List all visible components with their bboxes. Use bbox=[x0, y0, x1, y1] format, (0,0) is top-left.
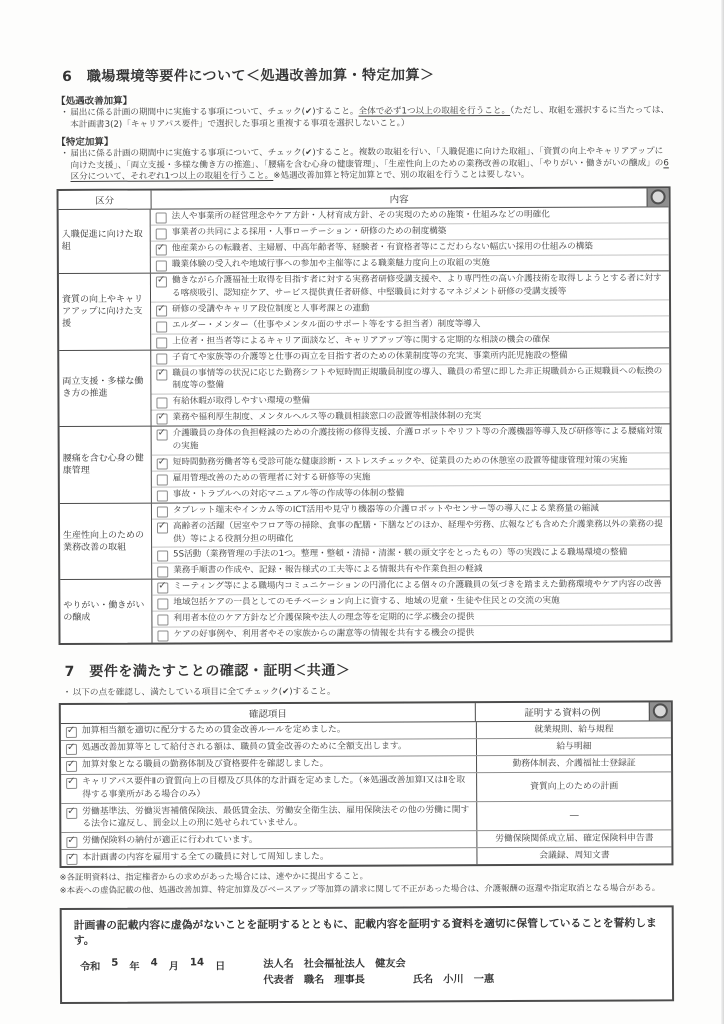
evidence-label: 会議録、周知文書 bbox=[476, 848, 671, 865]
workplace-item-checkbox[interactable] bbox=[157, 474, 168, 485]
category-label: 入職促進に向けた取組 bbox=[59, 210, 151, 273]
workplace-item-checkbox[interactable] bbox=[156, 276, 167, 287]
section6-heading: 職場環境等要件について＜処遇改善加算・特定加算＞ bbox=[87, 67, 435, 85]
workplace-item-checkbox[interactable] bbox=[157, 583, 168, 594]
category-items: 子育てや家族等の介護等と仕事の両立を目指す者のための休業制度等の充実、事業所内託… bbox=[151, 348, 669, 426]
category-label: やりがい・働きがいの醸成 bbox=[60, 580, 152, 643]
confirmation-table-row: 加算相当額を適切に配分するための賃金改善ルールを定めました。就業規則、給与規程 bbox=[61, 721, 671, 740]
bullet-text: 届出に係る計画の期間中に実施する事項について、チェック(✔)すること。全体で必ず… bbox=[70, 105, 670, 131]
workplace-item-checkbox[interactable] bbox=[156, 337, 167, 348]
bullet-pre: 届出に係る計画の期間中に実施する事項について、チェック(✔)すること。 bbox=[70, 107, 358, 118]
confirmation-item: 労働基準法、労働災害補償保険法、最低賃金法、労働安全衛生法、雇用保険法その他の労… bbox=[61, 802, 476, 832]
confirmation-checkbox[interactable] bbox=[66, 761, 77, 772]
rep-label: 代表者 bbox=[263, 973, 294, 989]
workplace-item-checkbox[interactable] bbox=[157, 522, 168, 533]
pledge-statement: 計画書の記載内容に虚偽がないことを証明するとともに、記載内容を証明する資料を適切… bbox=[74, 915, 660, 948]
workplace-item-label: 利用者本位のケア方針など介護保険や法人の理念等を定期的に学ぶ機会の提供 bbox=[173, 611, 666, 626]
bullet-dot: ・ bbox=[60, 108, 70, 131]
group-label-tokutei: 【特定加算】 bbox=[56, 132, 670, 149]
workplace-table-row: 生産性向上のための業務改善の取組タブレット端末やインカム等のICT活用や見守り機… bbox=[60, 500, 670, 579]
workplace-item-checkbox[interactable] bbox=[157, 615, 168, 626]
corp-label: 法人名 bbox=[263, 957, 294, 973]
pledge-box: 計画書の記載内容に虚偽がないことを証明するとともに、記載内容を証明する資料を適切… bbox=[60, 905, 674, 1004]
header-confirm-item: 確認項目 bbox=[61, 703, 475, 723]
group-label-shoguu: 【処遇改善加算】 bbox=[56, 90, 670, 107]
workplace-table-body: 入職促進に向けた取組法人や事業所の経営理念やケア方針・人材育成方針、その実現のた… bbox=[59, 207, 671, 643]
bullet-text: 届出に係る計画の期間中に実施する事項について、チェック(✔)すること。複数の取組… bbox=[70, 147, 670, 184]
workplace-item-label: 職業体験の受入れや地域行事への参加や主催等による職業魅力度向上の取組の実施 bbox=[172, 256, 665, 271]
confirmation-item: キャリアパス要件Ⅱの資質向上の目標及び具体的な計画を定めました。（※処遇改善加算… bbox=[61, 773, 476, 803]
workplace-table-row: 入職促進に向けた取組法人や事業所の経営理念やケア方針・人材育成方針、その実現のた… bbox=[59, 207, 669, 273]
workplace-item-checkbox[interactable] bbox=[157, 599, 168, 610]
evidence-label: 勤務体制表、介護福祉士登録証 bbox=[476, 755, 671, 772]
workplace-table-row: 両立支援・多様な働き方の推進子育てや家族等の介護等と仕事の両立を目指す者のための… bbox=[59, 347, 669, 426]
workplace-item-checkbox[interactable] bbox=[157, 506, 168, 517]
category-items: タブレット端末やインカム等のICT活用や見守り機器等の介護ロボットやセンサー等の… bbox=[152, 501, 670, 579]
workplace-item: 業務や福利厚生制度、メンタルヘルス等の職員相談窓口の設置等相談体制の充実 bbox=[152, 407, 670, 425]
category-label: 腰痛を含む心身の健康管理 bbox=[60, 427, 152, 503]
copy-mark-cell bbox=[649, 702, 671, 720]
workplace-item-label: 雇用管理改善のための管理者に対する研修等の実施 bbox=[173, 470, 666, 485]
workplace-item-label: 事業者の共同による採用・人事ローテーション・研修のための制度構築 bbox=[172, 224, 665, 239]
workplace-item-checkbox[interactable] bbox=[157, 631, 168, 642]
confirmation-checkbox[interactable] bbox=[66, 854, 77, 865]
workplace-item-checkbox[interactable] bbox=[157, 567, 168, 578]
confirmation-table-row: 労働保険料の納付が適正に行われています。労働保険関係成立届、確定保険料申告書 bbox=[61, 830, 671, 850]
era-label: 令和 bbox=[80, 958, 101, 990]
confirmation-table: 確認項目 証明する資料の例 加算相当額を適切に配分するための賃金改善ルールを定め… bbox=[59, 700, 674, 868]
workplace-item-label: 有給休暇が取得しやすい環境の整備 bbox=[172, 394, 665, 409]
category-label: 資質の向上やキャリアアップに向けた支援 bbox=[59, 274, 151, 350]
workplace-item-label: 高齢者の活躍（居室やフロア等の掃除、食事の配膳・下膳などのほか、経理や労務、広報… bbox=[173, 518, 666, 546]
day-suffix: 日 bbox=[215, 957, 225, 989]
confirmation-checkbox[interactable] bbox=[66, 778, 77, 789]
bullet-post: ※処遇改善加算と特定加算とで、別の取組を行うことは要しない。 bbox=[273, 170, 529, 181]
section6-title: 6 職場環境等要件について＜処遇改善加算・特定加算＞ bbox=[62, 63, 670, 86]
workplace-table-row: やりがい・働きがいの醸成ミーティング等による職場内コミュニケーションの円滑化によ… bbox=[60, 577, 670, 644]
workplace-item-checkbox[interactable] bbox=[157, 551, 168, 562]
header-content: 内容 bbox=[152, 188, 647, 208]
confirmation-item-label: 労働基準法、労働災害補償保険法、最低賃金法、労働安全衛生法、雇用保険法その他の労… bbox=[82, 804, 472, 831]
workplace-item-checkbox[interactable] bbox=[157, 414, 168, 425]
header-evidence-wrap: 証明する資料の例 bbox=[475, 702, 671, 721]
confirmation-item-label: 加算対象となる職員の勤務体制及び資格要件を確認しました。 bbox=[82, 758, 472, 772]
rep-name-label: 氏名 bbox=[413, 972, 433, 988]
workplace-item-label: ミーティング等による職場内コミュニケーションの円滑化による個々の介護職員の気づき… bbox=[173, 579, 666, 594]
workplace-item: 上位者・担当者等によるキャリア面談など、キャリアアップ等に関する定期的な相談の機… bbox=[151, 331, 669, 349]
workplace-item: ケアの好事例や、利用者やその家族からの謝意等の情報を共有する機会の提供 bbox=[152, 625, 670, 643]
workplace-item: 働きながら介護福祉士取得を目指す者に対する実務者研修受講支援や、より専門性の高い… bbox=[151, 271, 669, 301]
workplace-item-label: 子育てや家族等の介護等と仕事の両立を目指す者のための休業制度等の充実、事業所内託… bbox=[172, 349, 665, 364]
workplace-item: 職員の事情等の状況に応じた勤務シフトや短時間正規職員制度の導入、職員の希望に即し… bbox=[151, 363, 669, 394]
confirmation-table-row: 加算対象となる職員の勤務体制及び資格要件を確認しました。勤務体制表、介護福祉士登… bbox=[61, 754, 671, 774]
workplace-item: 高齢者の活躍（居室やフロア等の掃除、食事の配膳・下膳などのほか、経理や労務、広報… bbox=[152, 516, 670, 547]
spacer bbox=[375, 973, 403, 989]
category-label: 生産性向上のための業務改善の取組 bbox=[60, 503, 152, 579]
bullet-dot: ・ bbox=[63, 688, 73, 700]
year-suffix: 年 bbox=[129, 958, 139, 990]
month-value: 4 bbox=[151, 958, 158, 990]
day-value: 14 bbox=[190, 957, 204, 989]
confirmation-table-row: 処遇改善加算等として給付される額は、職員の賃金改善のために全額支出します。給与明… bbox=[61, 737, 671, 757]
workplace-table-row: 資質の向上やキャリアアップに向けた支援働きながら介護福祉士取得を目指す者に対する… bbox=[59, 270, 669, 349]
confirmation-checkbox[interactable] bbox=[66, 837, 77, 848]
bullet-underlined: 全体で必ず1つ以上の取組を行うこと。 bbox=[358, 106, 510, 117]
confirmation-item: 加算対象となる職員の勤務体制及び資格要件を確認しました。 bbox=[61, 756, 476, 774]
workplace-item-label: 業務や福利厚生制度、メンタルヘルス等の職員相談窓口の設置等相談体制の充実 bbox=[173, 410, 666, 425]
year-value: 5 bbox=[111, 958, 118, 990]
confirmation-item: 労働保険料の納付が適正に行われています。 bbox=[61, 831, 476, 849]
confirmation-checkbox[interactable] bbox=[66, 744, 77, 755]
workplace-item: 職業体験の受入れや地域行事への参加や主催等による職業魅力度向上の取組の実施 bbox=[151, 254, 669, 272]
confirmation-item-label: キャリアパス要件Ⅱの資質向上の目標及び具体的な計画を定めました。（※処遇改善加算… bbox=[82, 775, 472, 802]
workplace-item-label: 業務手順書の作成や、記録・報告様式の工夫等による情報共有や作業負担の軽減 bbox=[173, 563, 666, 578]
section6-number: 6 bbox=[62, 69, 72, 85]
section7-heading: 要件を満たすことの確認・証明＜共通＞ bbox=[89, 663, 350, 680]
section7-title: 7 要件を満たすことの確認・証明＜共通＞ bbox=[65, 659, 673, 682]
workplace-item-checkbox[interactable] bbox=[156, 228, 167, 239]
evidence-label: 給与明細 bbox=[476, 738, 671, 755]
workplace-item-label: 法人や事業所の経営理念やケア方針・人材育成方針、その実現のための施策・仕組みなど… bbox=[172, 208, 665, 223]
category-items: 介護職員の身体の負担軽減のための介護技術の修得支援、介護ロボットやリフト等の介護… bbox=[152, 424, 670, 502]
workplace-item-checkbox[interactable] bbox=[156, 212, 167, 223]
workplace-item-checkbox[interactable] bbox=[157, 490, 168, 501]
bullet-pre: 届出に係る計画の期間中に実施する事項について、チェック(✔)すること。複数の取組… bbox=[70, 147, 663, 171]
bullet-tokutei: ・ 届出に係る計画の期間中に実施する事項について、チェック(✔)すること。複数の… bbox=[60, 147, 670, 184]
workplace-item-checkbox[interactable] bbox=[156, 260, 167, 271]
evidence-label: 就業規則、給与規程 bbox=[476, 721, 671, 738]
workplace-item-checkbox[interactable] bbox=[156, 353, 167, 364]
workplace-table-row: 腰痛を含む心身の健康管理介護職員の身体の負担軽減のための介護技術の修得支援、介護… bbox=[60, 423, 670, 502]
representative-row: 代表者 職名 理事長 氏名 小川 一惠 bbox=[263, 972, 494, 989]
confirmation-item-label: 加算相当額を適切に配分するための賃金改善ルールを定めました。 bbox=[82, 724, 472, 738]
category-items: 法人や事業所の経営理念やケア方針・人材育成方針、その実現のための施策・仕組みなど… bbox=[151, 207, 669, 272]
pledge-date: 令和 5 年 4 月 14 日 bbox=[80, 957, 225, 990]
header-evidence: 証明する資料の例 bbox=[476, 702, 649, 721]
workplace-item: 事故・トラブルへの対応マニュアル等の作成等の体制の整備 bbox=[152, 484, 670, 502]
workplace-item-label: エルダー・メンター（仕事やメンタル面のサポート等をする担当者）制度等導入 bbox=[172, 317, 665, 332]
workplace-item-label: 介護職員の身体の負担軽減のための介護技術の修得支援、介護ロボットやリフト等の介護… bbox=[173, 425, 666, 453]
confirmation-checkbox[interactable] bbox=[66, 808, 77, 819]
confirmation-item-label: 本計画書の内容を雇用する全ての職員に対して周知しました。 bbox=[82, 850, 472, 864]
copy-mark-cell bbox=[647, 188, 669, 206]
confirmation-item-label: 処遇改善加算等として給付される額は、職員の賃金改善のために全額支出します。 bbox=[82, 741, 472, 755]
confirmation-table-row: 労働基準法、労働災害補償保険法、最低賃金法、労働安全衛生法、雇用保険法その他の労… bbox=[61, 800, 671, 832]
workplace-item-checkbox[interactable] bbox=[157, 430, 168, 441]
notes: ※各証明資料は、指定権者からの求めがあった場合には、速やかに提出すること。 ※本… bbox=[60, 870, 674, 896]
rep-name: 小川 一惠 bbox=[443, 972, 494, 988]
category-items: 働きながら介護福祉士取得を目指す者に対する実務者研修受講支援や、より専門性の高い… bbox=[151, 271, 669, 349]
evidence-label: 資質向上のための計画 bbox=[476, 772, 671, 801]
workplace-item-checkbox[interactable] bbox=[157, 458, 168, 469]
workplace-item-checkbox[interactable] bbox=[156, 398, 167, 409]
month-suffix: 月 bbox=[169, 958, 179, 990]
confirmation-item: 処遇改善加算等として給付される額は、職員の賃金改善のために全額支出します。 bbox=[61, 739, 476, 757]
section7-number: 7 bbox=[65, 664, 75, 680]
circle-mark-icon bbox=[653, 704, 668, 719]
confirmation-table-row: キャリアパス要件Ⅱの資質向上の目標及び具体的な計画を定めました。（※処遇改善加算… bbox=[61, 771, 671, 803]
workplace-item-label: 5S活動（業務管理の手法の1つ。整理・整頓・清掃・清潔・躾の頭文字をとったもの）… bbox=[173, 547, 666, 562]
corp-row: 法人名 社会福祉法人 健友会 bbox=[263, 956, 494, 973]
workplace-item-checkbox[interactable] bbox=[156, 244, 167, 255]
circle-mark-icon bbox=[651, 190, 666, 205]
workplace-item-label: 他産業からの転職者、主婦層、中高年齢者等、経験者・有資格者等にこだわらない幅広い… bbox=[172, 240, 665, 255]
bullet-shoguu: ・ 届出に係る計画の期間中に実施する事項について、チェック(✔)すること。全体で… bbox=[60, 105, 670, 131]
workplace-item: 業務手順書の作成や、記録・報告様式の工夫等による情報共有や作業負担の軽減 bbox=[152, 561, 670, 579]
workplace-item: 介護職員の身体の負担軽減のための介護技術の修得支援、介護ロボットやリフト等の介護… bbox=[152, 424, 670, 454]
corp-name: 社会福祉法人 健友会 bbox=[304, 957, 406, 973]
confirmation-item: 加算相当額を適切に配分するための賃金改善ルールを定めました。 bbox=[61, 722, 476, 740]
category-items: ミーティング等による職場内コミュニケーションの円滑化による個々の介護職員の気づき… bbox=[152, 578, 670, 643]
workplace-item-label: タブレット端末やインカム等のICT活用や見守り機器等の介護ロボットやセンサー等の… bbox=[173, 502, 666, 517]
workplace-item-label: 研修の受講やキャリア段位制度と人事考課との連動 bbox=[172, 301, 665, 316]
rep-title: 理事長 bbox=[334, 973, 365, 989]
note-2: ※本表への虚偽記載の他、処遇改善加算、特定加算及びベースアップ等加算の請求に関し… bbox=[60, 882, 674, 896]
pledge-signer: 法人名 社会福祉法人 健友会 代表者 職名 理事長 氏名 小川 一惠 bbox=[263, 956, 494, 989]
confirmation-item-label: 労働保険料の納付が適正に行われています。 bbox=[82, 833, 472, 847]
confirmation-checkbox[interactable] bbox=[66, 727, 77, 738]
confirmation-table-row: 本計画書の内容を雇用する全ての職員に対して周知しました。会議録、周知文書 bbox=[61, 847, 671, 867]
bullet-dot: ・ bbox=[60, 149, 70, 184]
confirmation-item: 本計画書の内容を雇用する全ての職員に対して周知しました。 bbox=[61, 848, 476, 866]
confirmation-table-body: 加算相当額を適切に配分するための賃金改善ルールを定めました。就業規則、給与規程処… bbox=[61, 721, 672, 866]
pledge-signature-block: 令和 5 年 4 月 14 日 法人名 社会福祉法人 健友会 代表者 職名 理事… bbox=[74, 955, 660, 990]
workplace-item-checkbox[interactable] bbox=[156, 305, 167, 316]
workplace-item-label: 働きながら介護福祉士取得を目指す者に対する実務者研修受講支援や、より専門性の高い… bbox=[172, 272, 665, 300]
workplace-requirements-table: 区分 内容 入職促進に向けた取組法人や事業所の経営理念やケア方針・人材育成方針、… bbox=[57, 186, 673, 645]
workplace-item-label: 職員の事情等の状況に応じた勤務シフトや短時間正規職員制度の導入、職員の希望に即し… bbox=[172, 365, 665, 393]
category-label: 両立支援・多様な働き方の推進 bbox=[59, 350, 151, 426]
rep-title-label: 職名 bbox=[304, 973, 324, 989]
workplace-item-checkbox[interactable] bbox=[156, 369, 167, 380]
workplace-item-label: 短時間勤務労働者等も受診可能な健康診断・ストレスチェックや、従業員のための休憩室… bbox=[173, 454, 666, 469]
scanned-form-page: 6 職場環境等要件について＜処遇改善加算・特定加算＞ 【処遇改善加算】 ・ 届出… bbox=[56, 63, 674, 1004]
bullet-text: 以下の点を確認し、満たしている項目に全てチェック(✔)すること。 bbox=[73, 686, 673, 700]
workplace-item-label: 事故・トラブルへの対応マニュアル等の作成等の体制の整備 bbox=[173, 486, 666, 501]
workplace-item-label: 地域包括ケアの一員としてのモチベーション向上に資する、地域の児童・生徒や住民との… bbox=[173, 595, 666, 610]
workplace-item-label: 上位者・担当者等によるキャリア面談など、キャリアアップ等に関する定期的な相談の機… bbox=[172, 333, 665, 348]
bullet-section7: ・ 以下の点を確認し、満たしている項目に全てチェック(✔)すること。 bbox=[63, 686, 673, 700]
header-category: 区分 bbox=[59, 191, 152, 209]
evidence-label: 労働保険関係成立届、確定保険料申告書 bbox=[476, 831, 671, 848]
workplace-item-label: ケアの好事例や、利用者やその家族からの謝意等の情報を共有する機会の提供 bbox=[173, 627, 666, 642]
evidence-label: ― bbox=[476, 801, 671, 830]
workplace-item-checkbox[interactable] bbox=[156, 321, 167, 332]
